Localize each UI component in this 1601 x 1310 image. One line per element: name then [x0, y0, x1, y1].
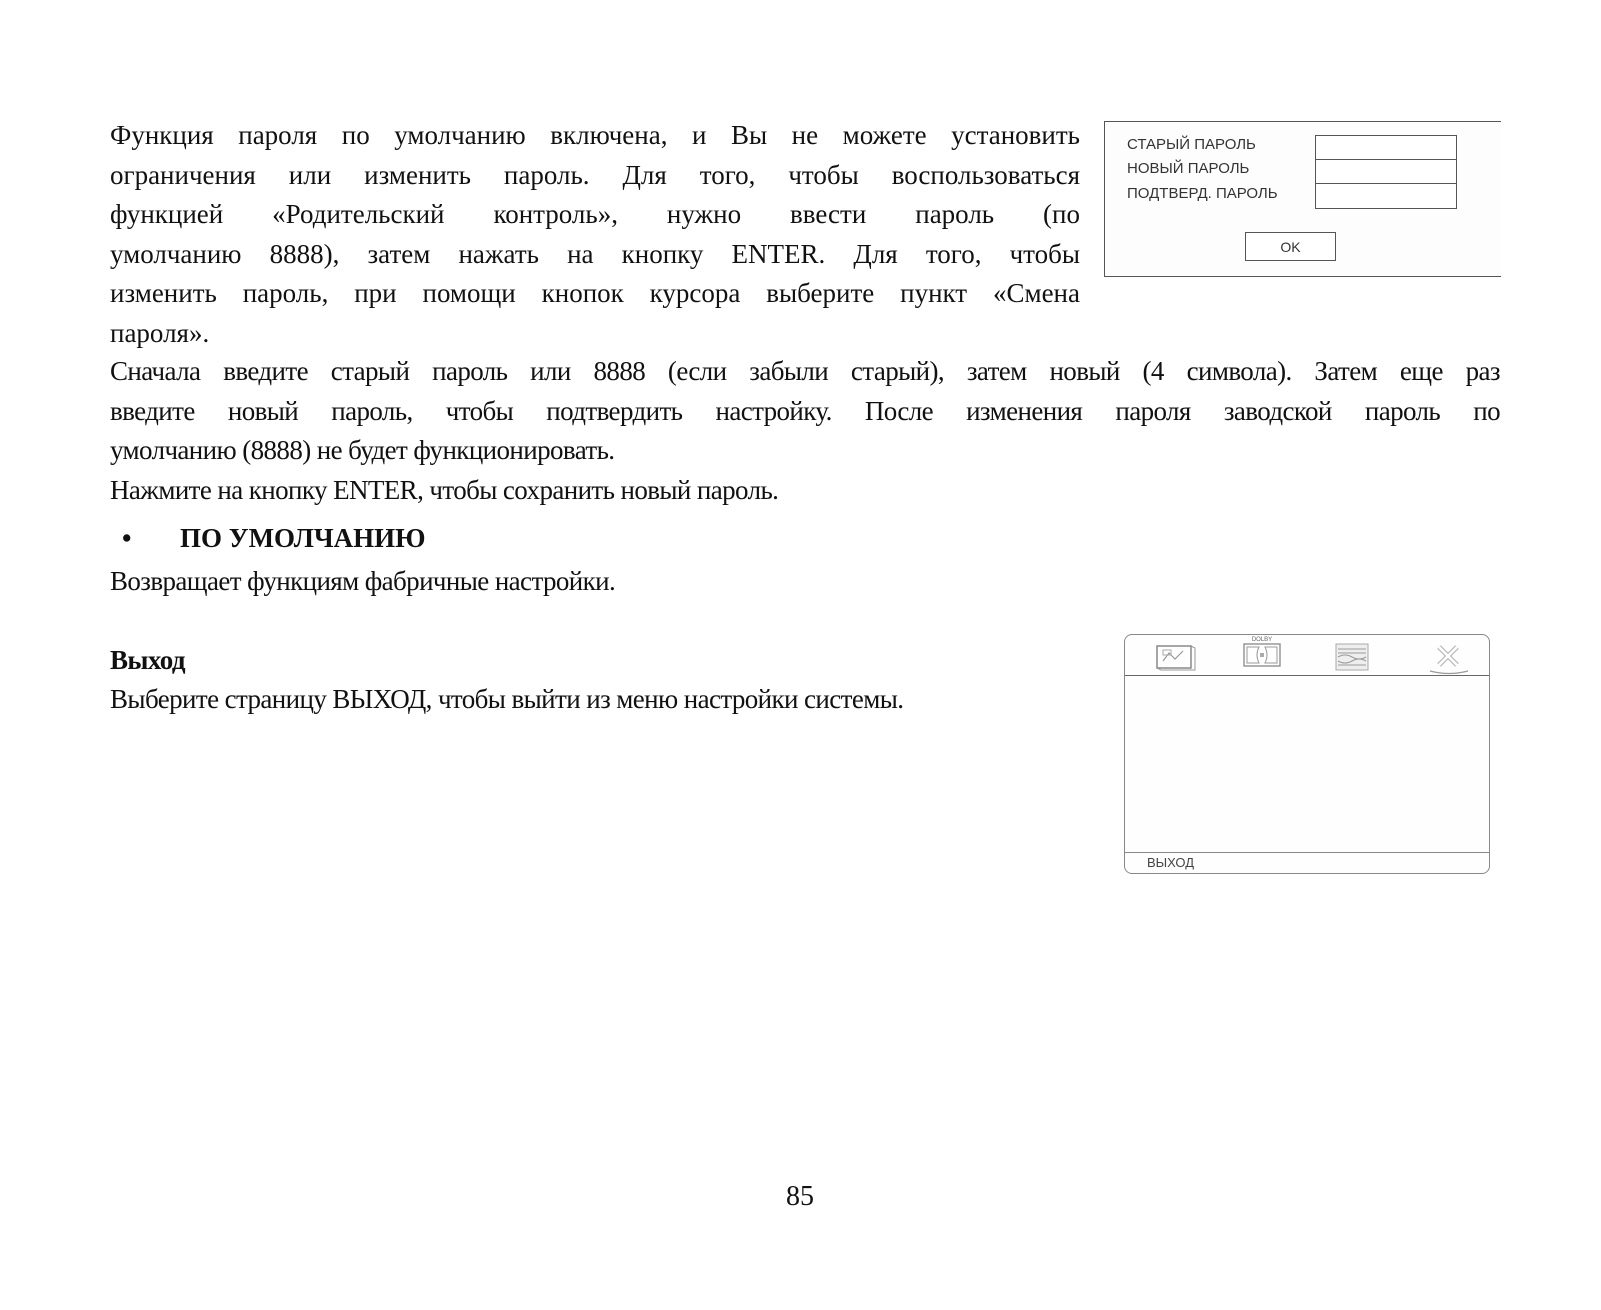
tv-screen-icon[interactable]: [1155, 643, 1197, 671]
defaults-description: Возвращает функциям фабричные настройки.: [110, 562, 615, 602]
text-line: пароля».: [110, 314, 1080, 354]
text-line: изменить пароль, при помощи кнопок курсо…: [110, 274, 1080, 314]
old-password-label: СТАРЫЙ ПАРОЛЬ: [1127, 136, 1256, 153]
change-password-paragraph: Сначала введите старый пароль или 8888 (…: [110, 352, 1500, 510]
new-password-label: НОВЫЙ ПАРОЛЬ: [1127, 160, 1249, 177]
text-line: Сначала введите старый пароль или 8888 (…: [110, 352, 1500, 392]
exit-menu-label: ВЫХОД: [1147, 855, 1194, 870]
text-line: Функция пароля по умолчанию включена, и …: [110, 116, 1080, 156]
text-line: ограничения или изменить пароль. Для тог…: [110, 156, 1080, 196]
menu-tab-bar: DOLBY: [1125, 635, 1489, 676]
intro-paragraph: Функция пароля по умолчанию включена, и …: [110, 116, 1080, 353]
exit-description: Выберите страницу ВЫХОД, чтобы выйти из …: [110, 680, 903, 720]
exit-heading: Выход: [110, 641, 185, 681]
password-dialog-figure: СТАРЫЙ ПАРОЛЬ НОВЫЙ ПАРОЛЬ ПОДТВЕРД. ПАР…: [1104, 121, 1501, 277]
text-line: Нажмите на кнопку ENTER, чтобы сохранить…: [110, 471, 1500, 511]
text-line: введите новый пароль, чтобы подтвердить …: [110, 392, 1500, 432]
new-password-field[interactable]: [1315, 159, 1457, 185]
confirm-password-field[interactable]: [1315, 183, 1457, 209]
text-line: умолчанию (8888) не будет функционироват…: [110, 431, 1500, 471]
video-settings-icon[interactable]: [1335, 643, 1369, 671]
exit-menu-figure: DOLBY ВЫХОД: [1124, 634, 1490, 874]
dolby-speaker-icon[interactable]: DOLBY: [1243, 637, 1281, 672]
page-number: 85: [786, 1177, 814, 1217]
text-line: функцией «Родительский контроль», нужно …: [110, 195, 1080, 235]
defaults-title: ПО УМОЛЧАНИЮ: [180, 523, 426, 554]
exit-icon[interactable]: [1427, 643, 1471, 675]
old-password-field[interactable]: [1315, 135, 1457, 161]
confirm-password-label: ПОДТВЕРД. ПАРОЛЬ: [1127, 185, 1278, 202]
text-line: умолчанию 8888), затем нажать на кнопку …: [110, 235, 1080, 275]
ok-button[interactable]: OK: [1245, 232, 1336, 261]
menu-footer: ВЫХОД: [1125, 852, 1489, 873]
bullet-icon: •: [122, 523, 131, 554]
